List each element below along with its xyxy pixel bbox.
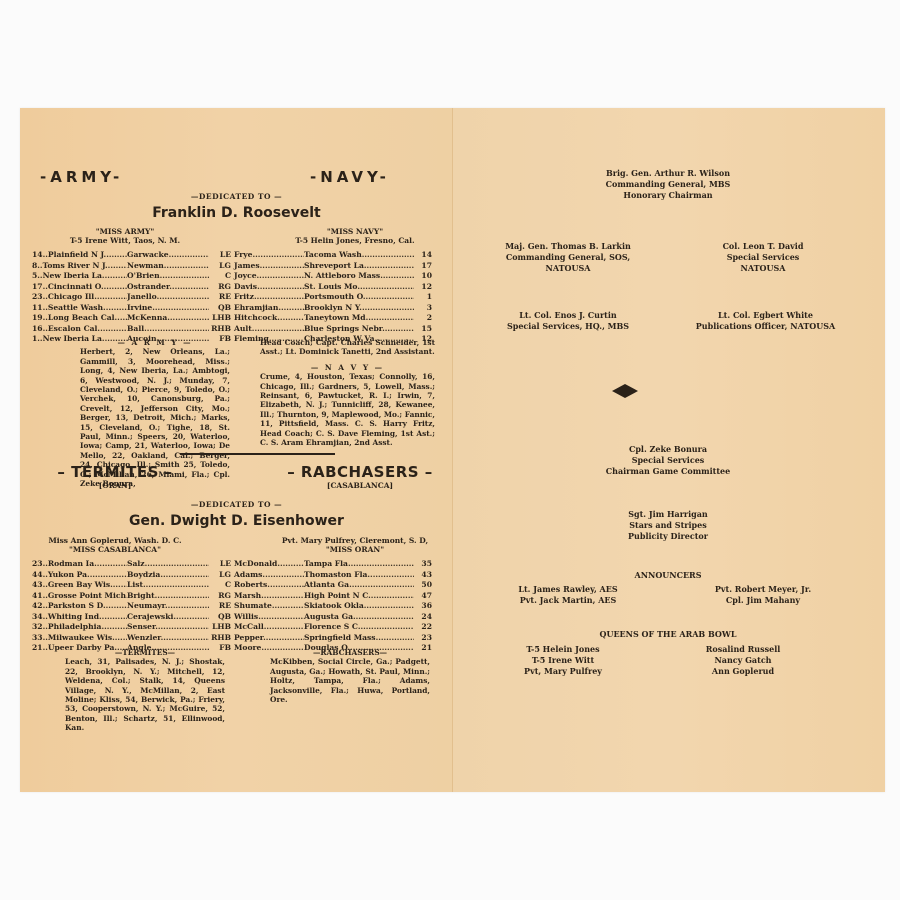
subs-text: Crume, 4, Houston, Texas; Connolly, 16, … xyxy=(260,372,435,447)
queens-left: T-5 Helein Jones T-5 Irene Witt Pvt, Mar… xyxy=(488,644,638,677)
lineup-cell: RG xyxy=(209,591,231,602)
announcers-right: Pvt. Robert Meyer, Jr. Cpl. Jim Mahany xyxy=(668,584,858,606)
lineup-cell: 17..Cincinnati O........................… xyxy=(32,282,127,293)
team-title: – RABCHASERS – xyxy=(275,463,445,481)
lineup-cell: 47 xyxy=(414,591,432,602)
dedicated-label: —DEDICATED TO — xyxy=(20,192,453,201)
lineup-row: 11..Seattle Wash........................… xyxy=(32,303,442,314)
lineup-cell: Augusta Ga..............................… xyxy=(304,612,414,623)
lineup-cell: Senser..................................… xyxy=(127,622,209,633)
lineup-cell: RE xyxy=(209,292,231,303)
rabchasers-substitutes: —RABCHASERS— McKibben, Social Circle, Ga… xyxy=(270,648,430,704)
lineup-cell: 12 xyxy=(414,282,432,293)
lineup-cell: Taneytown Md............................… xyxy=(304,313,414,324)
lineup-cell: Ehramjian...............................… xyxy=(231,303,304,314)
lineup-cell: Adams...................................… xyxy=(231,570,304,581)
queen: Rosalind Russell xyxy=(668,644,818,655)
lineup-cell: Fritz...................................… xyxy=(231,292,304,303)
title: Publications Officer, NATOUSA xyxy=(658,321,873,332)
lineup-cell: Janello.................................… xyxy=(127,292,209,303)
lineup-cell: Ault....................................… xyxy=(231,324,304,335)
lineup-row: 19..Long Beach Cal......................… xyxy=(32,313,442,324)
name: Lt. Col. Enos J. Curtin xyxy=(473,310,663,321)
lineup-cell: McDonald................................… xyxy=(231,559,304,570)
announcer: Lt. James Rawley, AES xyxy=(473,584,663,595)
announcer: Cpl. Jim Mahany xyxy=(668,595,858,606)
lineup-cell: Shreveport La...........................… xyxy=(304,261,414,272)
lineup-cell: 42..Parkston S D........................… xyxy=(32,601,127,612)
role: Honorary Chairman xyxy=(533,190,803,201)
title: Commanding General, SOS, xyxy=(473,252,663,263)
org: NATOUSA xyxy=(473,263,663,274)
queen-name: Miss Ann Goplerud, Wash. D. C. xyxy=(30,536,200,545)
lineup-cell: 24 xyxy=(414,612,432,623)
lineup-cell: Joyce...................................… xyxy=(231,271,304,282)
team-termites: – TERMITES – [ORAN] xyxy=(35,463,195,490)
lineup-cell: St. Louis Mo............................… xyxy=(304,282,414,293)
lineup-cell: LHB xyxy=(209,313,231,324)
lineup-cell: Neumayr.................................… xyxy=(127,601,209,612)
queen-title: "MISS ARMY" xyxy=(30,227,220,236)
lineup-cell: Garwacke................................… xyxy=(127,250,209,261)
subs-heading: —RABCHASERS— xyxy=(270,648,430,657)
lineup-cell: LG xyxy=(209,570,231,581)
queen-title: "MISS CASABLANCA" xyxy=(30,545,200,554)
announcer: Pvt. Jack Martin, AES xyxy=(473,595,663,606)
queen: Pvt, Mary Pulfrey xyxy=(488,666,638,677)
lineup-termites-rabchasers: 23..Rodman Ia...........................… xyxy=(32,559,442,654)
title: Special Services xyxy=(668,252,858,263)
queen: Ann Goplerud xyxy=(668,666,818,677)
miss-casablanca: Miss Ann Goplerud, Wash. D. C. "MISS CAS… xyxy=(30,536,200,554)
lineup-cell: Thomaston Fla...........................… xyxy=(304,570,414,581)
dedicated-label: —DEDICATED TO — xyxy=(20,500,453,509)
lineup-cell: 15 xyxy=(414,324,432,335)
org: NATOUSA xyxy=(668,263,858,274)
lineup-cell: 14 xyxy=(414,250,432,261)
subs-heading: —TERMITES— xyxy=(65,648,225,657)
lineup-cell: 11..Seattle Wash........................… xyxy=(32,303,127,314)
lineup-row: 41..Grosse Point Mich...................… xyxy=(32,591,442,602)
lineup-cell: Brooklyn N Y............................… xyxy=(304,303,414,314)
announcers-heading: ANNOUNCERS xyxy=(533,570,803,581)
lineup-cell: 1 xyxy=(414,292,432,303)
lineup-cell: 32..Philadelphia........................… xyxy=(32,622,127,633)
honoree-eisenhower: Gen. Dwight D. Eisenhower xyxy=(20,513,453,529)
lineup-cell: 43..Green Bay Wis.......................… xyxy=(32,580,127,591)
queen: T-5 Irene Witt xyxy=(488,655,638,666)
program-sheet: -ARMY- -NAVY- —DEDICATED TO — Franklin D… xyxy=(20,108,885,792)
lineup-cell: McKenna.................................… xyxy=(127,313,209,324)
lineup-row: 34..Whiting Ind.........................… xyxy=(32,612,442,623)
honoree-roosevelt: Franklin D. Roosevelt xyxy=(20,205,453,221)
lineup-cell: Ostrander...............................… xyxy=(127,282,209,293)
game-chairman: Cpl. Zeke Bonura Special Services Chairm… xyxy=(533,444,803,477)
lineup-cell: 44..Yukon Pa............................… xyxy=(32,570,127,581)
queen: Nancy Gatch xyxy=(668,655,818,666)
lineup-cell: List....................................… xyxy=(127,580,209,591)
name: Cpl. Zeke Bonura xyxy=(533,444,803,455)
navy-substitutes: Head Coach; Capt. Charles Schneider, 1st… xyxy=(260,338,435,447)
official-curtin: Lt. Col. Enos J. Curtin Special Services… xyxy=(473,310,663,332)
lineup-cell: O'Brien.................................… xyxy=(127,271,209,282)
lineup-cell: Skiatook Okla...........................… xyxy=(304,601,414,612)
lineup-cell: C xyxy=(209,580,231,591)
lineup-cell: 2 xyxy=(414,313,432,324)
lineup-cell: Bright..................................… xyxy=(127,591,209,602)
lineup-row: 23..Rodman Ia...........................… xyxy=(32,559,442,570)
lineup-row: 17..Cincinnati O........................… xyxy=(32,282,442,293)
left-page: -ARMY- -NAVY- —DEDICATED TO — Franklin D… xyxy=(20,108,453,792)
lineup-cell: Irvine..................................… xyxy=(127,303,209,314)
lineup-cell: 50 xyxy=(414,580,432,591)
lineup-row: 33..Milwaukee Wis.......................… xyxy=(32,633,442,644)
lineup-cell: RHB xyxy=(209,633,231,644)
lineup-cell: Willis..................................… xyxy=(231,612,304,623)
lineup-cell: Newman..................................… xyxy=(127,261,209,272)
lineup-cell: 22 xyxy=(414,622,432,633)
lineup-cell: Boydzia.................................… xyxy=(127,570,209,581)
subs-heading: — N A V Y — xyxy=(260,363,435,372)
lineup-cell: 41..Grosse Point Mich...................… xyxy=(32,591,127,602)
coach-note: Head Coach; Capt. Charles Schneider, 1st… xyxy=(260,338,435,357)
queen-name: Pvt. Mary Pulfrey, Cleremont, S. D, xyxy=(265,536,445,545)
lineup-cell: QB xyxy=(209,612,231,623)
lineup-cell: RG xyxy=(209,282,231,293)
honorary-chairman: Brig. Gen. Arthur R. Wilson Commanding G… xyxy=(533,168,803,201)
queens-right: Rosalind Russell Nancy Gatch Ann Gopleru… xyxy=(668,644,818,677)
lineup-cell: RE xyxy=(209,601,231,612)
right-page: Brig. Gen. Arthur R. Wilson Commanding G… xyxy=(453,108,885,792)
lineup-row: 44..Yukon Pa............................… xyxy=(32,570,442,581)
role: Publicity Director xyxy=(533,531,803,542)
title: Special Services, HQ., MBS xyxy=(473,321,663,332)
lineup-cell: Atlanta Ga..............................… xyxy=(304,580,414,591)
lineup-cell: LE xyxy=(209,250,231,261)
lineup-cell: QB xyxy=(209,303,231,314)
publicity-director: Sgt. Jim Harrigan Stars and Stripes Publ… xyxy=(533,509,803,542)
lineup-cell: 19..Long Beach Cal......................… xyxy=(32,313,127,324)
lineup-cell: Davis...................................… xyxy=(231,282,304,293)
role: Chairman Game Committee xyxy=(533,466,803,477)
lineup-cell: Portsmouth O............................… xyxy=(304,292,414,303)
lineup-cell: 35 xyxy=(414,559,432,570)
lineup-row: 23..Chicago Ill.........................… xyxy=(32,292,442,303)
lineup-cell: Florence S C............................… xyxy=(304,622,414,633)
name: Lt. Col. Egbert White xyxy=(658,310,873,321)
lineup-cell: James...................................… xyxy=(231,261,304,272)
lineup-cell: Frye....................................… xyxy=(231,250,304,261)
lineup-cell: Cerajewski..............................… xyxy=(127,612,209,623)
lineup-cell: Marsh...................................… xyxy=(231,591,304,602)
lineup-cell: 10 xyxy=(414,271,432,282)
lineup-cell: Springfield Mass........................… xyxy=(304,633,414,644)
lineup-cell: Blue Springs Nebr.......................… xyxy=(304,324,414,335)
lineup-cell: 43 xyxy=(414,570,432,581)
lineup-cell: C xyxy=(209,271,231,282)
lineup-cell: LE xyxy=(209,559,231,570)
lineup-row: 16..Escalon Cal.........................… xyxy=(32,324,442,335)
lineup-row: 14..Plainfield N J......................… xyxy=(32,250,442,261)
lineup-cell: 36 xyxy=(414,601,432,612)
name: Col. Leon T. David xyxy=(668,241,858,252)
lineup-cell: 33..Milwaukee Wis.......................… xyxy=(32,633,127,644)
lineup-cell: 34..Whiting Ind.........................… xyxy=(32,612,127,623)
lineup-cell: Tampa Fla...............................… xyxy=(304,559,414,570)
subs-heading: — A R M Y — xyxy=(80,338,230,347)
announcer: Pvt. Robert Meyer, Jr. xyxy=(668,584,858,595)
queen-name: T-5 Irene Witt, Taos, N. M. xyxy=(30,236,220,245)
lineup-cell: 5..New Iberia La........................… xyxy=(32,271,127,282)
lineup-cell: Wenzler.................................… xyxy=(127,633,209,644)
official-larkin: Maj. Gen. Thomas B. Larkin Commanding Ge… xyxy=(473,241,663,274)
lineup-row: 8..Toms River N J.......................… xyxy=(32,261,442,272)
lineup-cell: RHB xyxy=(209,324,231,335)
queen: T-5 Helein Jones xyxy=(488,644,638,655)
lineup-row: 43..Green Bay Wis.......................… xyxy=(32,580,442,591)
team-title: – TERMITES – xyxy=(35,463,195,481)
official-david: Col. Leon T. David Special Services NATO… xyxy=(668,241,858,274)
title: Commanding General, MBS xyxy=(533,179,803,190)
lineup-cell: N. Attleboro Mass.......................… xyxy=(304,271,414,282)
name: Sgt. Jim Harrigan xyxy=(533,509,803,520)
subs-text: Leach, 31, Palisades, N. J.; Shostak, 22… xyxy=(65,657,225,732)
lineup-cell: 23..Rodman Ia...........................… xyxy=(32,559,127,570)
team-location: [ORAN] xyxy=(35,481,195,490)
title: Special Services xyxy=(533,455,803,466)
lineup-row: 42..Parkston S D........................… xyxy=(32,601,442,612)
lineup-cell: Hitchcock...............................… xyxy=(231,313,304,324)
lineup-cell: Ball....................................… xyxy=(127,324,209,335)
lineup-cell: High Point N C..........................… xyxy=(304,591,414,602)
queen-name: T-5 Helin Jones, Fresno, Cal. xyxy=(260,236,450,245)
lineup-cell: 23..Chicago Ill.........................… xyxy=(32,292,127,303)
lineup-cell: 23 xyxy=(414,633,432,644)
lineup-cell: 17 xyxy=(414,261,432,272)
miss-oran: Pvt. Mary Pulfrey, Cleremont, S. D, "MIS… xyxy=(265,536,445,554)
lineup-cell: 3 xyxy=(414,303,432,314)
miss-navy: "MISS NAVY" T-5 Helin Jones, Fresno, Cal… xyxy=(260,227,450,245)
team-location: [CASABLANCA] xyxy=(275,481,445,490)
diamond-ornament-icon xyxy=(612,384,638,398)
queen-title: "MISS NAVY" xyxy=(260,227,450,236)
announcers-left: Lt. James Rawley, AES Pvt. Jack Martin, … xyxy=(473,584,663,606)
lineup-cell: Salz....................................… xyxy=(127,559,209,570)
lineup-row: 5..New Iberia La........................… xyxy=(32,271,442,282)
miss-army: "MISS ARMY" T-5 Irene Witt, Taos, N. M. xyxy=(30,227,220,245)
lineup-cell: Roberts.................................… xyxy=(231,580,304,591)
lineup-cell: Tacoma Wash.............................… xyxy=(304,250,414,261)
name: Maj. Gen. Thomas B. Larkin xyxy=(473,241,663,252)
queens-heading: QUEENS OF THE ARAB BOWL xyxy=(513,629,823,640)
queen-title: "MISS ORAN" xyxy=(265,545,445,554)
lineup-cell: LHB xyxy=(209,622,231,633)
lineup-cell: LG xyxy=(209,261,231,272)
subs-text: McKibben, Social Circle, Ga.; Padgett, A… xyxy=(270,657,430,704)
lineup-cell: Shumate.................................… xyxy=(231,601,304,612)
official-white: Lt. Col. Egbert White Publications Offic… xyxy=(658,310,873,332)
team-rabchasers: – RABCHASERS – [CASABLANCA] xyxy=(275,463,445,490)
name: Brig. Gen. Arthur R. Wilson xyxy=(533,168,803,179)
lineup-cell: 14..Plainfield N J......................… xyxy=(32,250,127,261)
lineup-cell: McCall..................................… xyxy=(231,622,304,633)
lineup-cell: 16..Escalon Cal.........................… xyxy=(32,324,127,335)
lineup-army-navy: 14..Plainfield N J......................… xyxy=(32,250,442,345)
section-divider xyxy=(180,453,335,455)
team-navy-title: -NAVY- xyxy=(310,168,450,186)
lineup-cell: Pepper..................................… xyxy=(231,633,304,644)
team-army-title: -ARMY- xyxy=(40,168,190,186)
termites-substitutes: —TERMITES— Leach, 31, Palisades, N. J.; … xyxy=(65,648,225,733)
lineup-cell: 8..Toms River N J.......................… xyxy=(32,261,127,272)
lineup-row: 32..Philadelphia........................… xyxy=(32,622,442,633)
title: Stars and Stripes xyxy=(533,520,803,531)
